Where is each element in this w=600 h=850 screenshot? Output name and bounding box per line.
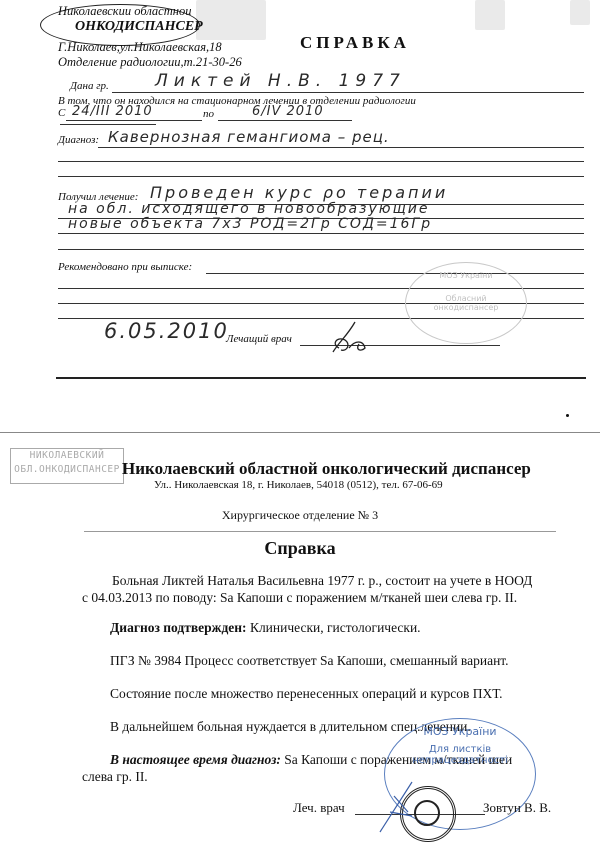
diagnosis-confirmed: Диагноз подтвержден: Клинически, гистоло…	[110, 620, 421, 636]
treatment-value-2: на обл. исходящего в новообразующие	[68, 201, 429, 217]
scan-dot	[566, 414, 569, 417]
from-value: 24/III 2010	[72, 104, 153, 119]
from-line	[66, 120, 202, 121]
doctor-name: Зовтун В. В.	[483, 800, 551, 816]
to-label: по	[203, 108, 214, 120]
issued-to-line	[112, 92, 584, 93]
diagnosis-confirmed-value: Клинически, гистологически.	[247, 620, 421, 635]
institution-name: Николаевский областной онкологический ди…	[122, 459, 531, 479]
treatment-value-3: новые объекта 7x3 РОД=2Гр СОД=16Гр	[68, 216, 432, 232]
diagnosis-line-1	[98, 147, 584, 148]
old-address: Г.Николаев,ул.Николаевская,18	[58, 40, 222, 55]
faint-stamp-line-2: Обласний	[406, 294, 526, 303]
diagnosis-line-2	[58, 161, 584, 162]
institution-side-stamp: НИКОЛАЕВСКИЙ ОБЛ.ОНКОДИСПАНСЕР	[10, 448, 124, 484]
recommended-line-1	[206, 273, 584, 274]
recommended-label: Рекомендовано при выписке:	[58, 261, 192, 273]
certificate-title: Справка	[0, 538, 600, 559]
old-title: СПРАВКА	[300, 33, 410, 53]
issued-to-value: Ликтей Н.В. 1977	[155, 71, 406, 91]
diagnosis-label: Диагноз:	[58, 134, 99, 146]
diagnosis-confirmed-label: Диагноз подтвержден:	[110, 620, 247, 635]
old-department: Отделение радиологии,т.21-30-26	[58, 55, 242, 70]
current-diagnosis-label: В настоящее время диагноз:	[110, 752, 281, 767]
current-diagnosis-line-2: слева гр. II.	[82, 769, 148, 785]
side-stamp-line-1: НИКОЛАЕВСКИЙ	[11, 449, 123, 463]
doctor-label-old: Лечащий врач	[226, 333, 292, 345]
treatment-line-4	[58, 249, 584, 250]
issued-to-label: Дана гр.	[70, 80, 109, 92]
oval-stamp-line-2: Для листків	[385, 744, 535, 755]
paragraph-1-line-2: с 04.03.2013 по поводу: Sa Капоши с пора…	[82, 590, 517, 606]
oval-stamp-line-3: непрацездатності	[385, 755, 535, 766]
pgz-paragraph: ПГЗ № 3984 Процесс соответствует Sa Капо…	[110, 653, 509, 669]
logo-line-2: ОНКОДИСПАНСЕР	[75, 19, 203, 35]
treatment-line-3	[58, 233, 584, 234]
diagnosis-value: Кавернозная гемангиома – рец.	[108, 128, 390, 146]
scan-smudge	[570, 0, 590, 25]
doctor-signature-old	[325, 318, 385, 356]
to-line	[218, 120, 352, 121]
paragraph-1-line-1: Больная Ликтей Наталья Васильевна 1977 г…	[112, 573, 532, 589]
treatment-value-1: Проведен курс ρо терапии	[150, 183, 448, 202]
faint-stamp-line-1: МОЗ України	[406, 271, 526, 280]
from-label: С	[58, 107, 65, 119]
department-name: Хирургическое отделение № 3	[0, 508, 600, 523]
doctor-label-new: Леч. врач	[293, 800, 345, 816]
faint-stamp-line-3: онкодиспансер	[406, 303, 526, 312]
scan-smudge	[196, 0, 266, 40]
from-underline	[60, 124, 156, 125]
discharge-date: 6.05.2010	[104, 319, 229, 343]
diagnosis-line-3	[58, 176, 584, 177]
institution-address: Ул.. Николаевская 18, г. Николаев, 54018…	[154, 479, 443, 491]
state-paragraph: Состояние после множество перенесенных о…	[110, 686, 502, 702]
side-stamp-line-2: ОБЛ.ОНКОДИСПАНСЕР	[11, 463, 123, 477]
logo-line-1: Николаевскии областнои	[58, 4, 191, 19]
department-rule	[84, 531, 556, 532]
scan-smudge	[475, 0, 505, 30]
oval-stamp-line-1: МОЗ України	[385, 725, 535, 738]
to-value: 6/IV 2010	[252, 104, 324, 119]
old-bottom-rule	[56, 377, 586, 379]
doctor-signature-new	[372, 776, 442, 836]
page-fold-line	[0, 432, 600, 433]
faint-round-stamp: МОЗ України Обласний онкодиспансер	[405, 262, 527, 344]
